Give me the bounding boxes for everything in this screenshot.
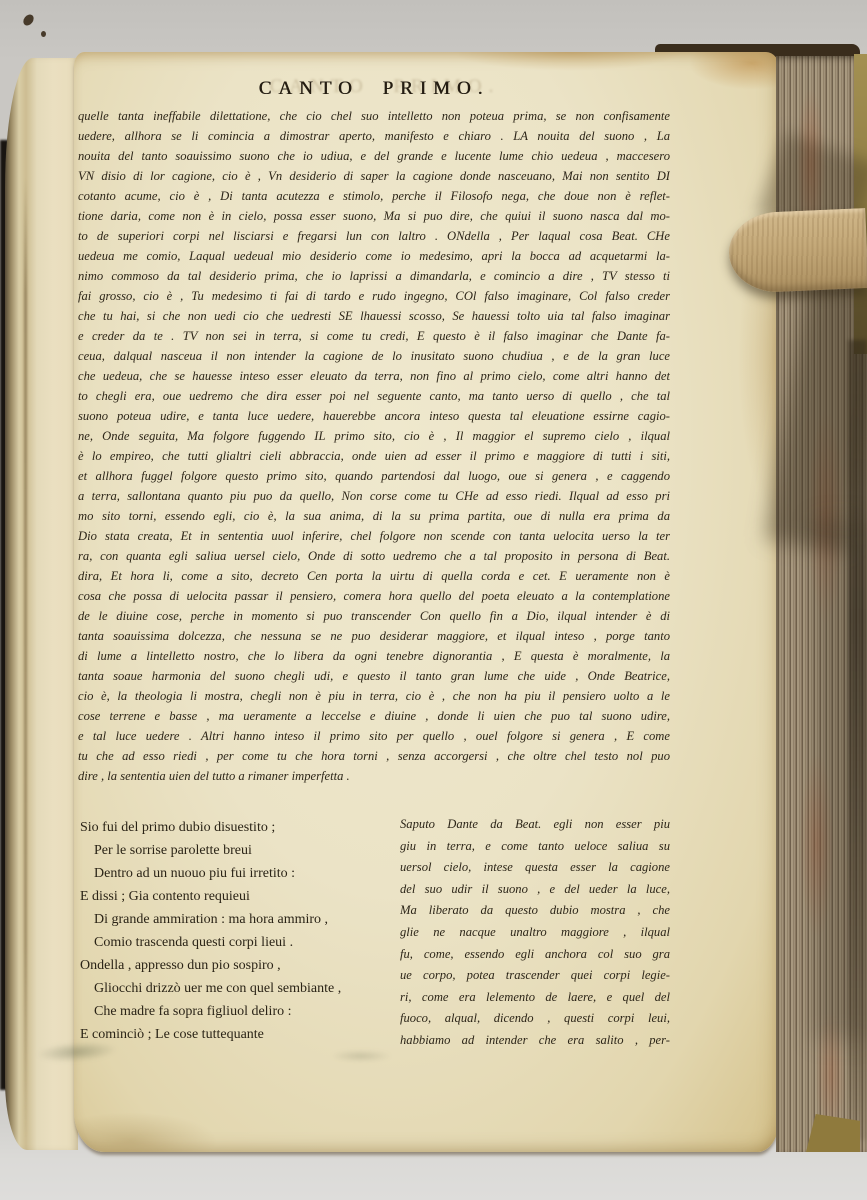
gloss-line: Ma liberato da questo dubio mostra , che bbox=[400, 900, 670, 922]
commentary-line: che tu hai, si che non uedi cio che uedr… bbox=[78, 306, 670, 326]
gloss-line: glie ne nacque unaltro maggiore , ilqual bbox=[400, 922, 670, 944]
gloss-line: fuoco, alqual, dicendo , questi corpi le… bbox=[400, 1008, 670, 1030]
commentary-line: fai grosso, cio è , Tu medesimo ti fai d… bbox=[78, 286, 670, 306]
verse-line: Dentro ad un nuouo piu fui irretito : bbox=[80, 862, 392, 885]
commentary-line: tanta soauissima dolcezza, che nessuna s… bbox=[78, 626, 670, 646]
gloss-line: uersol cielo, intese questa esser la cag… bbox=[400, 857, 670, 879]
commentary-line: ceua, dalqual nasceua il non intender la… bbox=[78, 346, 670, 366]
commentary-line: to de superiori corpi nel lisciarsi e fr… bbox=[78, 226, 670, 246]
verse-line: Sio fui del primo dubio disuestito ; bbox=[80, 816, 392, 839]
commentary-line: Dio stata creata, Et in sententia uuol i… bbox=[78, 526, 670, 546]
commentary-line: et allhora fuggel folgore questo primo s… bbox=[78, 466, 670, 486]
commentary-line: tione daria, come non è in cielo, possa … bbox=[78, 206, 670, 226]
ink-smudge bbox=[330, 1050, 392, 1062]
verse-line: E dissi ; Gia contento requieui bbox=[80, 885, 392, 908]
verse-line: Per le sorrise parolette breui bbox=[80, 839, 392, 862]
facing-page-curl bbox=[5, 58, 78, 1150]
commentary-line: nimo commoso da tal desiderio prima, che… bbox=[78, 266, 670, 286]
commentary-line: uedere, allhora se li comincia a dimostr… bbox=[78, 126, 670, 146]
verse-line: Di grande ammiration : ma hora ammiro , bbox=[80, 908, 392, 931]
gloss-line: Saputo Dante da Beat. egli non esser piu bbox=[400, 814, 670, 836]
gutter-crease bbox=[24, 178, 27, 1138]
commentary-line: cio è, la theologia li mostra, chegli no… bbox=[78, 686, 670, 706]
commentary-line: di lume a lintelletto nostro, che lo lib… bbox=[78, 646, 670, 666]
commentary-line: che uedeua, che se hauesse inteso esser … bbox=[78, 366, 670, 386]
commentary-line: quelle tanta ineffabile dilettatione, ch… bbox=[78, 106, 670, 126]
commentary-line: to chegli era, oue uedremo che dira esse… bbox=[78, 386, 670, 406]
commentary-line: mo sito torni, essendo egli, cio è, la s… bbox=[78, 506, 670, 526]
commentary-line: VN disio di lor cagione, cio è , Vn desi… bbox=[78, 166, 670, 186]
commentary-block: quelle tanta ineffabile dilettatione, ch… bbox=[78, 106, 670, 786]
commentary-line: e creder da te . TV non sei in terra, si… bbox=[78, 326, 670, 346]
commentary-line: ne, Onde seguita, Ma folgore fuggendo IL… bbox=[78, 426, 670, 446]
commentary-line: tu che ad esso riedi , per come tu che h… bbox=[78, 746, 670, 766]
commentary-line: e tal luce uedere . Altri hanno inteso i… bbox=[78, 726, 670, 746]
verse-line: Ondella , appresso dun pio sospiro , bbox=[80, 954, 392, 977]
book-page: CANTO PRIMO. quelle tanta ineffabile dil… bbox=[74, 52, 780, 1152]
dust-speck bbox=[41, 31, 46, 37]
commentary-line: nouita del tanto soauissimo suono che io… bbox=[78, 146, 670, 166]
commentary-line: a terra, sallontana quanto piu puo da qu… bbox=[78, 486, 670, 506]
gloss-line: ue corpo, potea trascender quei corpi le… bbox=[400, 965, 670, 987]
commentary-line: cose terrene e basse , ma ueramente a le… bbox=[78, 706, 670, 726]
verse-column: Sio fui del primo dubio disuestito ; Per… bbox=[80, 816, 392, 1046]
gloss-line: fu, come, essendo egli anchora col suo g… bbox=[400, 944, 670, 966]
commentary-line: suono poteua udire, e tanta luce uedere,… bbox=[78, 406, 670, 426]
verse-line: E cominciò ; Le cose tuttequante bbox=[80, 1023, 392, 1046]
paddle-shadow-tail bbox=[814, 520, 866, 1040]
commentary-line: cosa che possa di uelocita passar il pen… bbox=[78, 586, 670, 606]
gloss-line: del suo udir il suono , e del ueder la l… bbox=[400, 879, 670, 901]
page-title: CANTO PRIMO. bbox=[78, 78, 670, 100]
gloss-line: giu in terra, e come tanto ueloce saliua… bbox=[400, 836, 670, 858]
wooden-page-turner bbox=[727, 208, 867, 294]
commentary-line: ra, con quanta egli saliua uersel cielo,… bbox=[78, 546, 670, 566]
verse-line: Comio trascenda questi corpi lieui . bbox=[80, 931, 392, 954]
commentary-line: de le diuine cose, perche in momento si … bbox=[78, 606, 670, 626]
commentary-line: dire , la sententia uien del tutto a rim… bbox=[78, 766, 670, 786]
commentary-line: cotanto acume, cio è , Di tanta acutezza… bbox=[78, 186, 670, 206]
gloss-line: habbiamo ad intender che era salito , pe… bbox=[400, 1030, 670, 1052]
commentary-line: uedeua me comio, Laqual uedeual mio desi… bbox=[78, 246, 670, 266]
verse-line: Che madre fa sopra figliuol deliro : bbox=[80, 1000, 392, 1023]
gloss-column: Saputo Dante da Beat. egli non esser piu… bbox=[400, 814, 670, 1052]
commentary-line: dira, Et hora li, come a sito, decreto C… bbox=[78, 566, 670, 586]
commentary-line: tanta soaue harmonia del suono chegli ud… bbox=[78, 666, 670, 686]
commentary-line: è lo empireo, che tutti glialtri cieli a… bbox=[78, 446, 670, 466]
verse-line: Gliocchi drizzò uer me con quel sembiant… bbox=[80, 977, 392, 1000]
gloss-line: ri, come era lelemento de laere, e quel … bbox=[400, 987, 670, 1009]
